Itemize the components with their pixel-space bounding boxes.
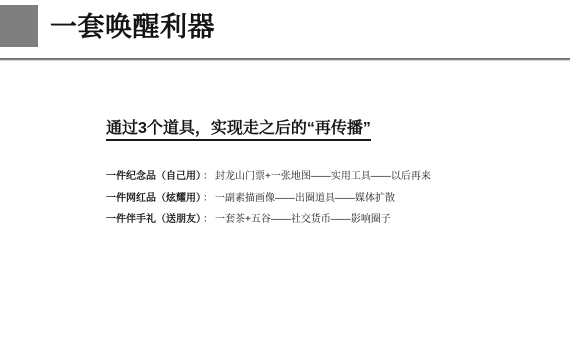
bullet-label: 一件网红品（炫耀用） [106,193,201,204]
bullet-label: 一件纪念品（自己用） [106,171,201,182]
bullet-text: 一套茶+五谷——社交货币——影响圈子 [215,214,391,225]
header-divider [0,58,570,61]
section-heading: 通过3个道具，实现走之后的“再传播” [106,119,371,141]
bullet-separator: ： [203,193,213,204]
bullet-separator: ： [203,214,213,225]
bullet-label: 一件伴手礼（送朋友） [106,214,201,225]
bullet-text: 一副素描画像——出圈道具——媒体扩散 [215,193,395,204]
accent-square [0,5,38,47]
bullet-row: 一件伴手礼（送朋友）：一套茶+五谷——社交货币——影响圈子 [106,214,526,225]
bullet-row: 一件网红品（炫耀用）：一副素描画像——出圈道具——媒体扩散 [106,193,526,204]
page-title: 一套唤醒利器 [50,13,215,43]
bullet-list: 一件纪念品（自己用）：封龙山门票+一张地图——实用工具——以后再来 一件网红品（… [106,171,526,236]
bullet-row: 一件纪念品（自己用）：封龙山门票+一张地图——实用工具——以后再来 [106,171,526,182]
bullet-text: 封龙山门票+一张地图——实用工具——以后再来 [215,171,431,182]
bullet-separator: ： [203,171,213,182]
slide-canvas: 一套唤醒利器 通过3个道具，实现走之后的“再传播” 一件纪念品（自己用）：封龙山… [0,0,570,360]
